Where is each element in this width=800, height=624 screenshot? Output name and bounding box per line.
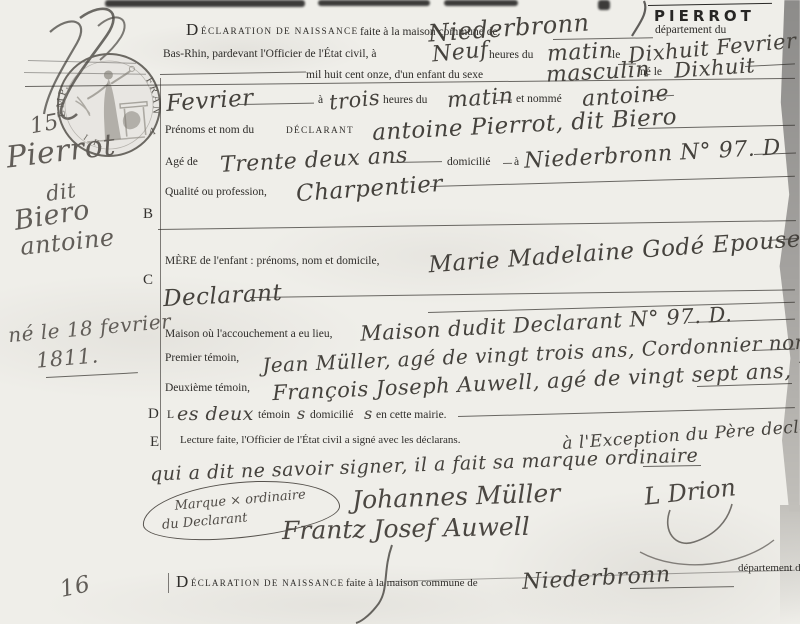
printed-heures-du: heures du (383, 94, 427, 106)
printed-age-de: Agé de (165, 156, 198, 168)
printed-l: L (167, 409, 174, 421)
scanned-birth-record: EMP. FRAN I.F. A PIERROT 15 Pierrot dit … (0, 0, 800, 624)
printed-heures-du: heures du (489, 49, 533, 61)
signature-witness1: Johannes Müller (352, 478, 561, 514)
printed-lecture-faite: Lecture faite, l'Officier de l'État civi… (180, 434, 460, 446)
margin-birth-note: 1811. (35, 343, 99, 372)
printed-ne-le: né le (640, 66, 662, 78)
hw-plural-s: s (297, 404, 306, 423)
field-mother-name: Marie Madelaine Godé Epouse du (428, 224, 800, 279)
printed-declarant-label: DÉCLARANT (286, 126, 354, 136)
section-letter-b: B (143, 206, 153, 223)
printed-domicilie: domicilié (310, 409, 353, 421)
margin-birth-note: né le 18 fevrier (7, 309, 172, 347)
printed-mere-label: MÈRE de l'enfant : prénoms, nom et domic… (165, 255, 379, 267)
field-birth-period: matin (446, 84, 514, 114)
rule-line (458, 407, 795, 417)
printed-mil-huit-cent-onze: mil huit cent onze, d'un enfant du sexe (306, 69, 483, 81)
field-age: Trente deux ans (219, 143, 408, 178)
rule-line (430, 176, 795, 187)
cutoff-text-fragment (444, 0, 518, 6)
surname-overline (648, 3, 772, 6)
field-domicile: Niederbronn N° 97. D (524, 135, 782, 173)
printed-et-nomme: et nommé (516, 93, 562, 105)
field-birth-hour: trois (328, 85, 381, 114)
footer-tick (168, 573, 169, 593)
margin-divider (160, 78, 161, 450)
footer-heading-initial: D (176, 572, 188, 592)
field-declaration-hour: Neuf (431, 38, 490, 68)
field-signing-note-cont: qui a dit ne savoir signer, il a fait sa… (150, 444, 699, 485)
footer-printed-commune-label: faite à la maison commune de (346, 577, 478, 589)
margin-next-act-number: 16 (58, 571, 93, 603)
footer-heading-declaration: ÉCLARATION DE NAISSANCE (191, 578, 344, 588)
margin-underline (46, 372, 138, 378)
footer-field-commune: Niederbronn (521, 562, 671, 595)
footer-printed-departement: département du (738, 562, 800, 574)
rule-line (250, 289, 795, 298)
section-letter-e: E (150, 434, 159, 451)
printed-premier-temoin: Premier témoin, (165, 352, 239, 364)
printed-domicilie: domicilié (447, 156, 490, 168)
printed-deuxieme-temoin: Deuxième témoin, (165, 382, 250, 394)
field-mother-name-cont: Declarant (162, 280, 282, 312)
pen-flourish (626, 0, 656, 42)
hw-es-deux: es deux (177, 403, 254, 425)
rule-line (158, 220, 796, 230)
officer-signature-flourish (632, 492, 782, 572)
field-declarant-name: antoine Pierrot, dit Biero (372, 104, 678, 146)
rule-line (503, 163, 512, 164)
field-birth-month: Fevrier (165, 85, 254, 117)
printed-prenoms-nom: Prénoms et nom du (165, 124, 254, 136)
printed-en-cette-mairie: en cette mairie. (376, 409, 447, 421)
printed-departement: département du (655, 24, 726, 36)
printed-bas-rhin: Bas-Rhin, pardevant l'Officier de l'État… (163, 48, 376, 60)
printed-a: à (514, 156, 519, 168)
section-letter-d: D (148, 406, 159, 423)
surname-stamp: PIERROT (654, 7, 755, 25)
printed-maison-label: Maison où l'accouchement a eu lieu, (165, 328, 333, 340)
hw-plural-s: s (364, 404, 373, 423)
field-profession: Charpentier (295, 171, 443, 207)
heading-initial: D (186, 20, 198, 40)
rule-line (160, 71, 306, 75)
printed-temoin: témoin (258, 409, 290, 421)
cutoff-text-fragment (318, 0, 430, 6)
printed-a: à (318, 94, 323, 106)
signature-witness2: Frantz Josef Auwell (282, 512, 530, 545)
section-letter-c: C (143, 272, 153, 289)
heading-declaration: ÉCLARATION DE NAISSANCE (201, 27, 358, 37)
cutoff-text-fragment (598, 0, 610, 10)
printed-profession-label: Qualité ou profession, (165, 186, 267, 198)
